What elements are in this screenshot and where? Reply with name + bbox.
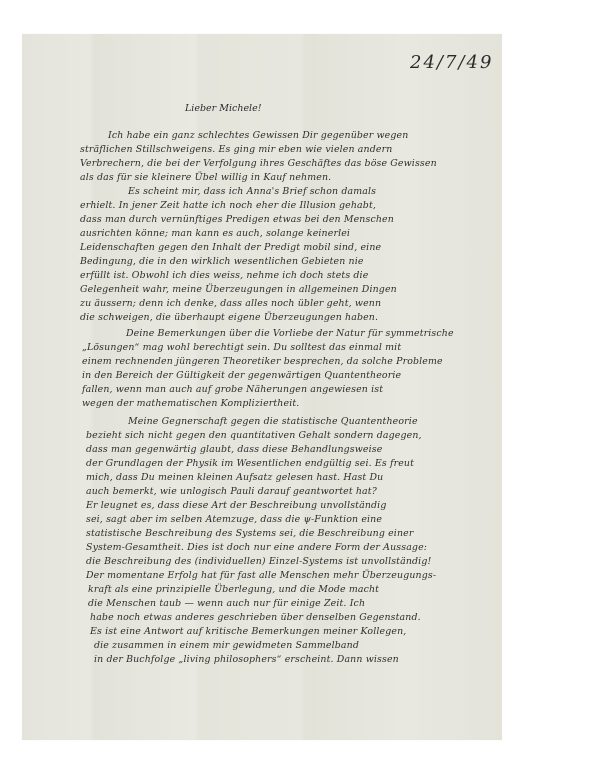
- letter-line: System-Gesamtheit. Dies ist doch nur ein…: [86, 542, 427, 553]
- letter-line: dass man durch vernünftiges Predigen etw…: [80, 214, 394, 225]
- letter-line: Es ist eine Antwort auf kritische Bemerk…: [90, 626, 406, 637]
- letter-line: erhielt. In jener Zeit hatte ich noch eh…: [80, 200, 376, 211]
- letter-line: einem rechnenden jüngeren Theoretiker be…: [82, 356, 443, 367]
- letter-line: zu äussern; denn ich denke, dass alles n…: [80, 298, 381, 309]
- letter-line: die Menschen taub — wenn auch nur für ei…: [88, 598, 365, 609]
- letter-line: „Lösungen“ mag wohl berechtigt sein. Du …: [82, 342, 401, 353]
- letter-line: ausrichten könne; man kann es auch, sola…: [80, 228, 350, 239]
- letter-line: Deine Bemerkungen über die Vorliebe der …: [126, 328, 454, 339]
- letter-line: erfüllt ist. Obwohl ich dies weiss, nehm…: [80, 270, 368, 281]
- letter-line: die schweigen, die überhaupt eigene Über…: [80, 312, 378, 323]
- letter-line: der Grundlagen der Physik im Wesentliche…: [86, 458, 414, 469]
- letter-line: Er leugnet es, dass diese Art der Beschr…: [86, 500, 386, 511]
- letter-line: bezieht sich nicht gegen den quantitativ…: [86, 430, 422, 441]
- letter-line: Verbrechern, die bei der Verfolgung ihre…: [80, 158, 437, 169]
- letter-line: Gelegenheit wahr, meine Überzeugungen in…: [80, 284, 397, 295]
- letter-line: Meine Gegnerschaft gegen die statistisch…: [128, 416, 418, 427]
- letter-line: wegen der mathematischen Kompliziertheit…: [82, 398, 299, 409]
- letter-line: statistische Beschreibung des Systems se…: [86, 528, 413, 539]
- letter-line: in den Bereich der Gültigkeit der gegenw…: [82, 370, 401, 381]
- letter-line: kraft als eine prinzipielle Überlegung, …: [88, 584, 379, 595]
- letter-line: Der momentane Erfolg hat für fast alle M…: [86, 570, 436, 581]
- letter-line: die Beschreibung des (individuellen) Ein…: [86, 556, 431, 567]
- letter-line: fallen, wenn man auch auf grobe Näherung…: [82, 384, 383, 395]
- letter-line: in der Buchfolge „living philosophers“ e…: [94, 654, 399, 665]
- letter-line: Ich habe ein ganz schlechtes Gewissen Di…: [108, 130, 408, 141]
- letter-line: habe noch etwas anderes geschrieben über…: [90, 612, 421, 623]
- letter-line: Bedingung, die in den wirklich wesentlic…: [80, 256, 364, 267]
- letter-line: die zusammen in einem mir gewidmeten Sam…: [94, 640, 359, 651]
- letter-line: als das für sie kleinere Übel willig in …: [80, 172, 331, 183]
- letter-line: auch bemerkt, wie unlogisch Pauli darauf…: [86, 486, 377, 497]
- letter-line: sei, sagt aber im selben Atemzuge, dass …: [86, 514, 382, 525]
- letter-line: mich, dass Du meinen kleinen Aufsatz gel…: [86, 472, 383, 483]
- letter-salutation: Lieber Michele!: [185, 103, 262, 114]
- letter-date: 24/7/49: [410, 52, 493, 73]
- letter-line: sträflichen Stillschweigens. Es ging mir…: [80, 144, 392, 155]
- letter-line: Es scheint mir, dass ich Anna's Brief sc…: [128, 186, 376, 197]
- letter-line: Leidenschaften gegen den Inhalt der Pred…: [80, 242, 381, 253]
- letter-line: dass man gegenwärtig glaubt, dass diese …: [86, 444, 382, 455]
